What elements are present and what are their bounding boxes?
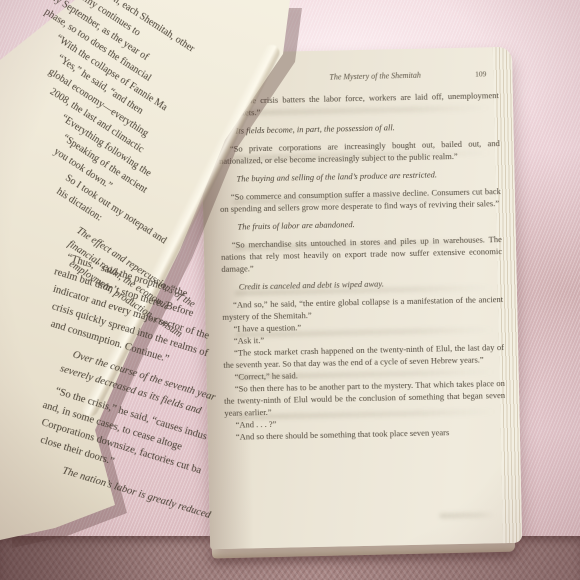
paragraph: “So merchandise sits untouched in stores… xyxy=(221,233,503,275)
paragraph: Its fields become, in part, the possessi… xyxy=(218,119,499,137)
page-number: 109 xyxy=(475,69,486,78)
bleed-through-line xyxy=(440,512,496,518)
paragraph: The buying and selling of the land’s pro… xyxy=(219,167,500,185)
book-title: The Mystery of the Shemitah xyxy=(329,71,421,82)
photo-scene: The Mystery of the Shemitah 109 “So the … xyxy=(0,0,580,580)
paragraph: The fruits of labor are abandoned. xyxy=(220,215,501,233)
